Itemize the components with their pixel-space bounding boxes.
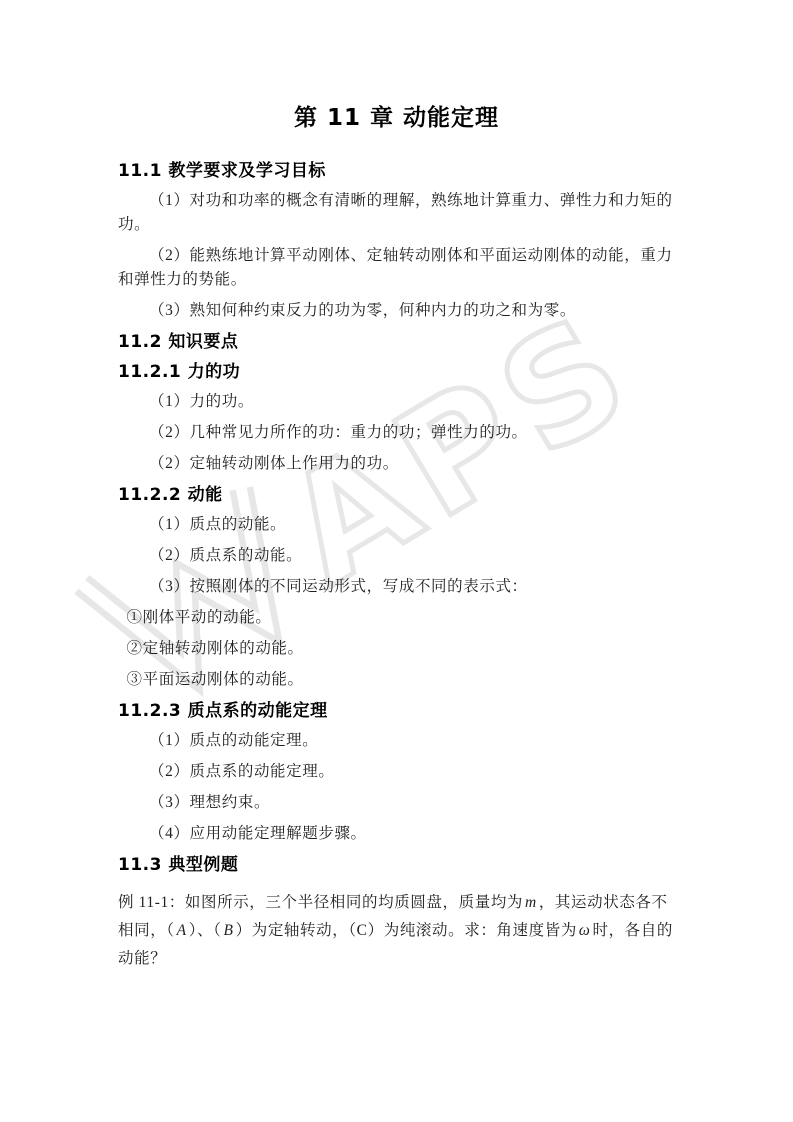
paragraph-item: （3）理想约束。 (118, 791, 675, 815)
section-heading-11-3: 11.3 典型例题 (118, 853, 675, 877)
section-heading-11-2-1: 11.2.1 力的功 (118, 360, 675, 384)
chapter-title: 第 11 章 动能定理 (118, 103, 675, 133)
paragraph-item: （2）质点系的动能。 (118, 544, 675, 568)
numbered-subitem: ②定轴转动刚体的动能。 (118, 637, 675, 661)
example-text: ）为定轴转动，（C）为纯滚动。求：角速度皆为 (236, 922, 577, 939)
paragraph-item: （1）质点的动能。 (118, 513, 675, 537)
paragraph-item: （2）能熟练地计算平动刚体、定轴转动刚体和平面运动刚体的动能，重力和弹性力的势能… (118, 244, 675, 292)
example-text: 例 11-1：如图所示，三个半径相同的均质圆盘，质量均为 (118, 894, 523, 911)
section-heading-11-1: 11.1 教学要求及学习目标 (118, 159, 675, 183)
math-variable-m: m (523, 894, 539, 911)
numbered-subitem: ①刚体平动的动能。 (118, 606, 675, 630)
section-heading-11-2-3: 11.2.3 质点系的动能定理 (118, 699, 675, 723)
paragraph-item: （4）应用动能定理解题步骤。 (118, 822, 675, 846)
numbered-subitem: ③平面运动刚体的动能。 (118, 668, 675, 692)
paragraph-item: （3）熟知何种约束反力的功为零，何种内力的功之和为零。 (118, 299, 675, 323)
paragraph-item: （1）质点的动能定理。 (118, 729, 675, 753)
paragraph-item: （1）对功和功率的概念有清晰的理解，熟练地计算重力、弹性力和力矩的功。 (118, 189, 675, 237)
document-page: APS 第 11 章 动能定理 11.1 教学要求及学习目标 （1）对功和功率的… (0, 0, 793, 1122)
document-content: 第 11 章 动能定理 11.1 教学要求及学习目标 （1）对功和功率的概念有清… (0, 0, 793, 973)
example-paragraph: 例 11-1：如图所示，三个半径相同的均质圆盘，质量均为m，其运动状态各不相同，… (118, 889, 675, 973)
section-heading-11-2-2: 11.2.2 动能 (118, 483, 675, 507)
example-text: ）、（ (189, 922, 222, 939)
math-variable-a: A (175, 922, 189, 939)
section-heading-11-2: 11.2 知识要点 (118, 330, 675, 354)
paragraph-item: （2）几种常见力所作的功：重力的功；弹性力的功。 (118, 421, 675, 445)
paragraph-item: （2）定轴转动刚体上作用力的功。 (118, 452, 675, 476)
paragraph-item: （3）按照刚体的不同运动形式，写成不同的表示式： (118, 575, 675, 599)
math-variable-omega: ω (577, 922, 593, 939)
paragraph-item: （1）力的功。 (118, 390, 675, 414)
paragraph-item: （2）质点系的动能定理。 (118, 760, 675, 784)
math-variable-b: B (222, 922, 236, 939)
